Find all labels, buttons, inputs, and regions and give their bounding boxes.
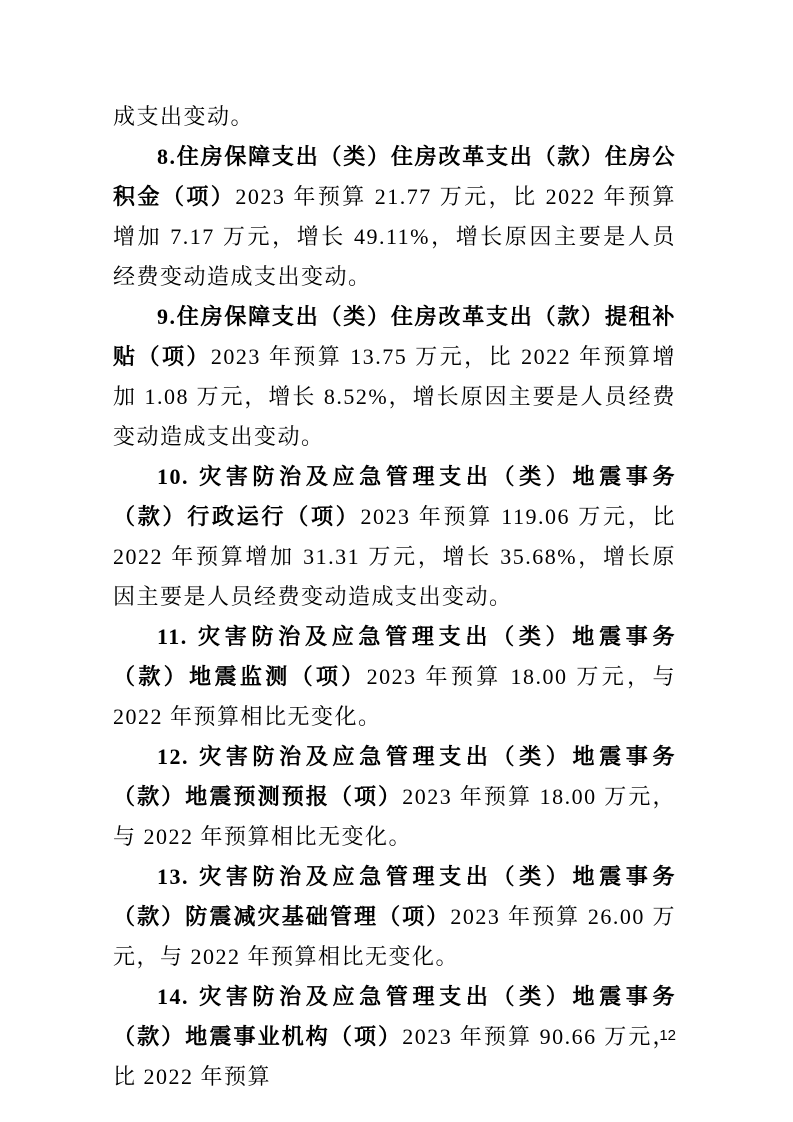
page-number: 12: [600, 1026, 676, 1046]
continuation-paragraph-text: 成支出变动。: [113, 104, 254, 129]
budget-paragraph-14: 14. 灾害防治及应急管理支出（类）地震事务（款）地震事业机构（项）2023 年…: [113, 977, 676, 1097]
budget-paragraph-13: 13. 灾害防治及应急管理支出（类）地震事务（款）防震减灾基础管理（项）2023…: [113, 857, 676, 977]
budget-paragraph-12: 12. 灾害防治及应急管理支出（类）地震事务（款）地震预测预报（项）2023 年…: [113, 737, 676, 857]
continuation-paragraph: 成支出变动。: [113, 97, 676, 137]
document-text-block: 成支出变动。 8.住房保障支出（类）住房改革支出（款）住房公积金（项）2023 …: [113, 97, 676, 1097]
budget-paragraph-11: 11. 灾害防治及应急管理支出（类）地震事务（款）地震监测（项）2023 年预算…: [113, 617, 676, 737]
budget-paragraph-9: 9.住房保障支出（类）住房改革支出（款）提租补贴（项）2023 年预算 13.7…: [113, 297, 676, 457]
document-page: 成支出变动。 8.住房保障支出（类）住房改革支出（款）住房公积金（项）2023 …: [0, 0, 793, 1122]
budget-paragraph-8: 8.住房保障支出（类）住房改革支出（款）住房公积金（项）2023 年预算 21.…: [113, 137, 676, 297]
budget-paragraph-10: 10. 灾害防治及应急管理支出（类）地震事务（款）行政运行（项）2023 年预算…: [113, 457, 676, 617]
